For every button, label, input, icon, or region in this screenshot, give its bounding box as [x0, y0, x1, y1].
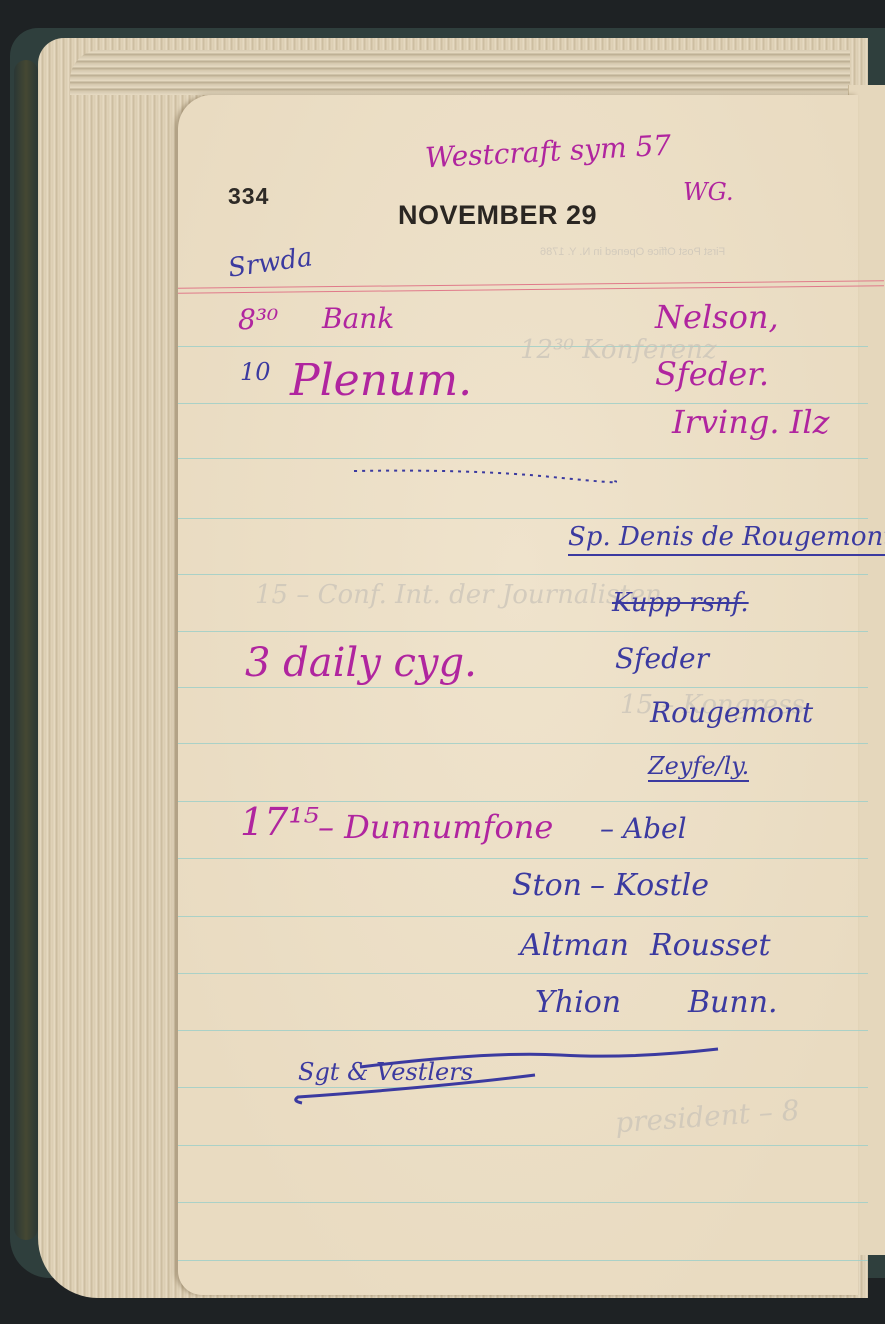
bottom-note: Sgt & Vestlers: [298, 1058, 473, 1086]
evening-list-right: Rousset: [650, 928, 771, 963]
entry-time: 8³⁰: [238, 303, 278, 336]
rule-line: [178, 973, 868, 974]
rule-line: [178, 631, 868, 632]
evening-list-left: Ston: [512, 868, 582, 903]
blue-list-item: Kupp rsnf.: [612, 588, 749, 618]
rule-line: [178, 1202, 868, 1203]
rule-line: [178, 1145, 868, 1146]
evening-list-right: Bunn.: [688, 985, 778, 1020]
rule-line: [178, 574, 868, 575]
rule-line: [178, 743, 868, 744]
blue-list-item: Rougemont: [650, 696, 813, 729]
blue-list-item: Sfeder: [615, 642, 709, 675]
evening-text: – Dunnumfone: [318, 808, 553, 846]
rule-line: [178, 1030, 868, 1031]
blue-list-heading: Sp. Denis de Rougemont.: [568, 522, 885, 556]
rule-line: [178, 1260, 868, 1261]
entry-text: Plenum.: [290, 355, 472, 406]
evening-list-right: – Abel: [600, 812, 687, 845]
rule-line: [178, 458, 868, 459]
page-stack-top: [70, 50, 850, 95]
entry-time: 10: [240, 358, 271, 386]
top-note-initials: WG.: [683, 178, 734, 206]
bleedthrough-header: First Post Office Opened in N. Y. 1786: [540, 246, 725, 258]
right-list-item: Irving. Ilz: [672, 403, 829, 441]
right-list-item: Sfeder.: [655, 355, 769, 393]
bleedthrough-text: 15 – Conf. Int. der Journalisten: [255, 580, 662, 610]
evening-time: 17¹⁵: [240, 800, 319, 844]
rule-line: [178, 858, 868, 859]
evening-list-left: Yhion: [535, 985, 621, 1020]
rule-line: [178, 518, 868, 519]
evening-list-right: – Kostle: [590, 868, 709, 903]
rule-line: [178, 687, 868, 688]
rule-line: [178, 916, 868, 917]
evening-list-left: Altman: [520, 928, 629, 963]
right-list-item: Nelson,: [655, 298, 779, 336]
middle-note: 3 daily cyg.: [245, 640, 477, 686]
dashed-divider: [352, 467, 617, 487]
cover-spine-edge: [14, 60, 38, 1240]
page-number: 334: [228, 183, 269, 210]
date-heading: NOVEMBER 29: [398, 200, 597, 231]
blue-list-item: Zeyfe/ly.: [648, 752, 749, 782]
entry-text: Bank: [322, 302, 394, 335]
